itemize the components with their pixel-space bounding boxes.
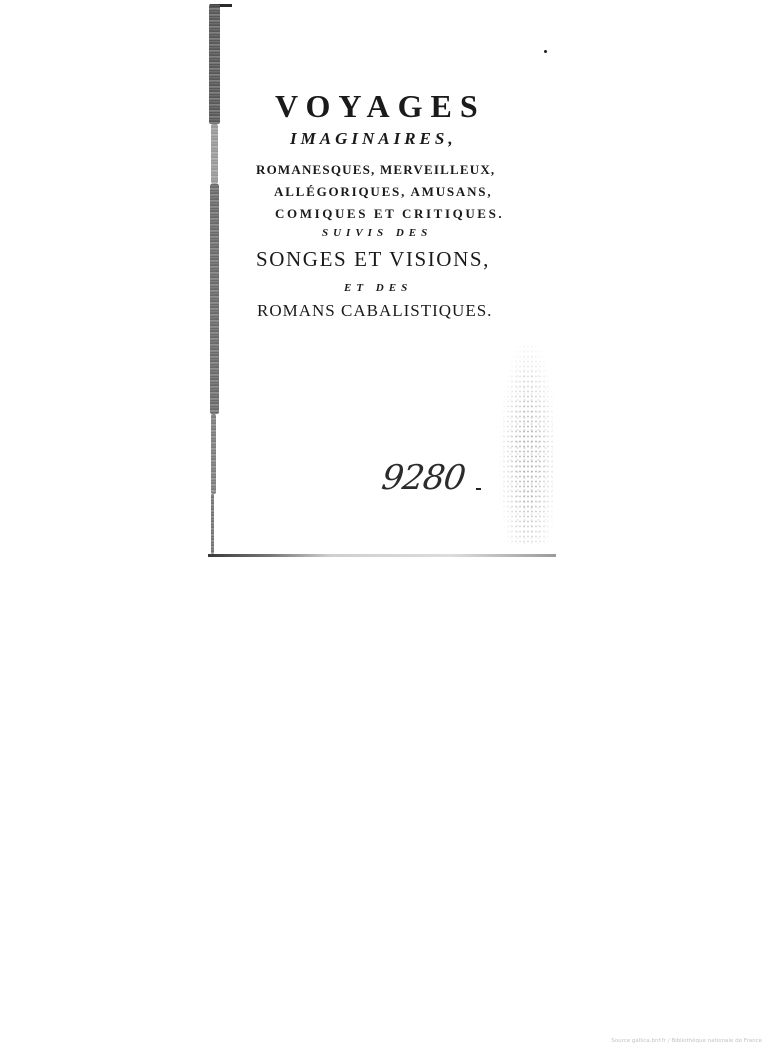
subtitle-romanesques: ROMANESQUES, MERVEILLEUX,	[256, 163, 495, 176]
subtitle-romans-cabalistiques: ROMANS CABALISTIQUES.	[257, 302, 492, 319]
subtitle-comiques: COMIQUES ET CRITIQUES.	[275, 207, 504, 220]
source-credit: Source gallica.bnf.fr / Bibliothèque nat…	[611, 1038, 762, 1044]
subtitle-suivis-des: SUIVIS DES	[322, 228, 432, 239]
ink-speck	[476, 488, 481, 490]
subtitle-et-des: ET DES	[344, 283, 412, 294]
subtitle-songes-et-visions: SONGES ET VISIONS,	[256, 249, 490, 270]
title-imaginaires: IMAGINAIRES,	[290, 130, 457, 147]
title-voyages: VOYAGES	[275, 90, 486, 122]
page-bottom-edge	[208, 554, 556, 557]
binding-shadow	[208, 4, 222, 556]
foxing-speckles	[498, 334, 553, 544]
subtitle-allegoriques: ALLÉGORIQUES, AMUSANS,	[274, 185, 492, 198]
handwritten-shelf-number: 9280	[379, 458, 467, 498]
ink-speck	[544, 50, 547, 53]
